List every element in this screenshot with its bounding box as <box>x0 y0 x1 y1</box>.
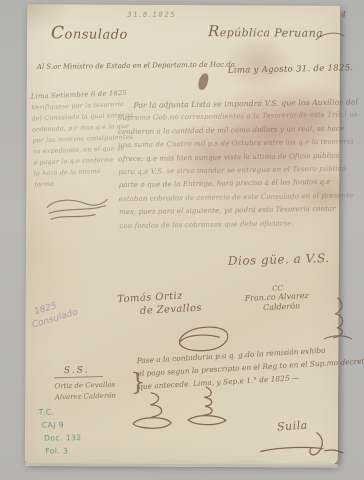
archive-code-note: T.C. CAJ 9 Doc. 132 Fol. 3 <box>39 405 82 458</box>
ss-names: Ortiz de Cevallos Alvarez Calderón <box>54 380 116 404</box>
archive-code-line: CAJ 9 <box>42 418 82 431</box>
archive-code-line: Fol. 3 <box>45 444 82 457</box>
signature-line: de Zevallos <box>140 302 203 318</box>
signature-alvarez-calderon: CC Fran.co Alvarez Calderón <box>244 283 309 314</box>
letter-body: Por la adjunta Lista se impondrá V.S. qu… <box>117 95 355 233</box>
ink-blot <box>197 72 209 91</box>
date-line: Lima y Agosto 31. de 1825. <box>228 63 354 76</box>
closing-salutation: Dios güe. a V.S. <box>228 251 330 268</box>
archive-code-line: Doc. 132 <box>44 431 82 444</box>
decree-annotation: Pase a la contaduría p.a q. g.do la remi… <box>136 342 348 393</box>
decree-rubric-right-icon <box>183 385 229 431</box>
archive-code-line: T.C. <box>39 405 82 419</box>
heading-consulado: Consulado <box>51 23 128 43</box>
secretaries-block: S.S. Ortiz de Cevallos Alvarez Calderón … <box>54 357 117 404</box>
signature-line: Calderón <box>263 301 309 313</box>
document-scan: 31.8.1825 4 Consulado República Peruana … <box>25 4 340 465</box>
decree-rubric-left-icon <box>129 391 175 433</box>
margin-signature-rubric-icon <box>45 187 110 225</box>
signature-ortiz-de-zevallos: Tomás Ortiz de Zevallos <box>117 289 202 320</box>
body-line: con fondos de las cobranzas que debe ofi… <box>119 216 355 233</box>
purple-archive-stamp: 1825 Consulado <box>33 295 79 330</box>
addressee-line: Al S.or Ministro de Estado en el Departa… <box>37 61 235 71</box>
ss-label: S.S. <box>54 365 104 378</box>
ss-name: Alvarez Calderón <box>55 391 117 404</box>
pencil-date-annotation: 31.8.1825 <box>127 11 176 19</box>
alvarez-rubric-icon <box>319 296 353 342</box>
flourish-underline-icon <box>315 30 345 42</box>
page-number: 4 <box>341 10 346 19</box>
suila-rubric-icon <box>259 429 345 459</box>
heading-republica-peruana: República Peruana <box>208 22 323 41</box>
